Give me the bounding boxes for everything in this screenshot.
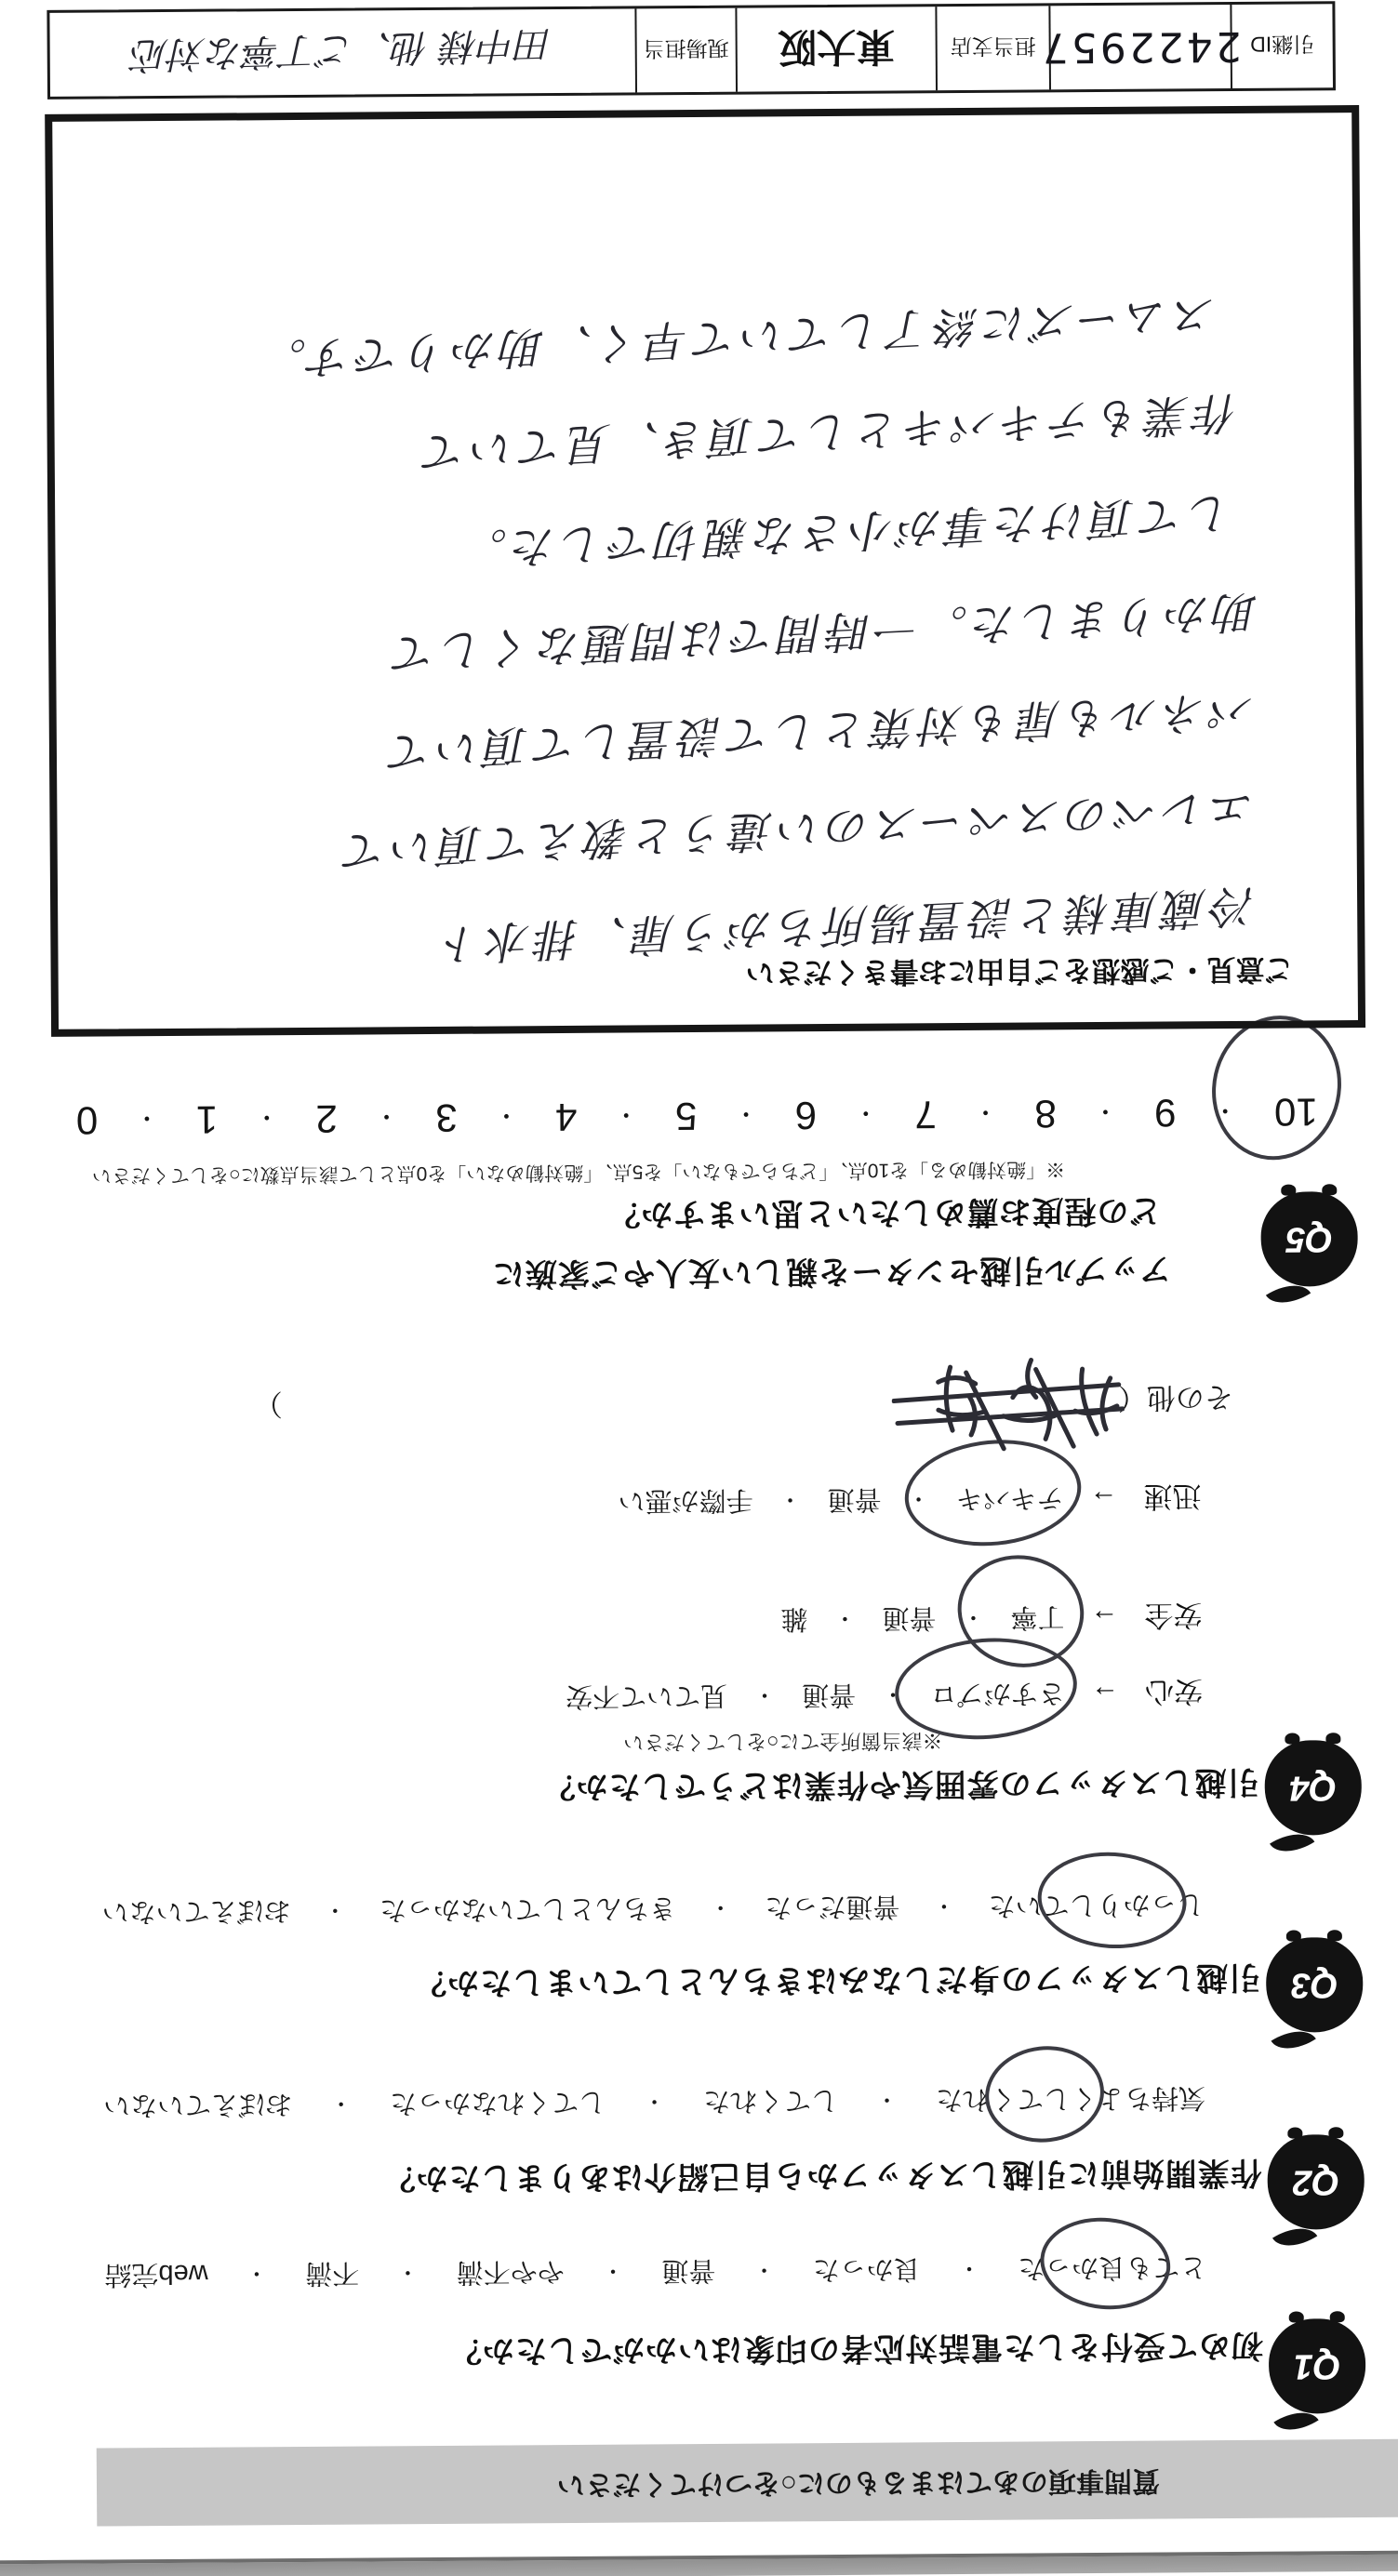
option: web完結: [104, 2257, 207, 2296]
branch-label: 担当支店: [935, 6, 1049, 90]
scale-value: 7: [914, 1092, 937, 1136]
q2-title: 作業開始前に引越しスタッフから自己紹介はありましたか？: [383, 2153, 1262, 2205]
instruction-bar: 質問事項のあてはまるものに○をつけてください: [97, 2439, 1398, 2527]
q1-mascot-icon: Q1: [1269, 2315, 1366, 2433]
q4-mascot-icon: Q4: [1264, 1736, 1362, 1854]
option: 普通: [882, 1600, 936, 1639]
handover-id-value: 2422957: [1048, 5, 1231, 89]
arrow-icon: →: [1091, 1679, 1119, 1710]
option: 普通: [827, 1482, 881, 1520]
q5-title: アップル引越センターを親しい友人やご家族に どの程度お薦めしたいと思いますか？: [607, 1190, 1171, 1298]
q4-row-anshin: 安心 → さすがプロ ・ 普通 ・ 見ていて不安: [566, 1673, 1203, 1720]
option: おぼえていない: [102, 1893, 291, 1932]
q5-title-line1: アップル引越センターを親しい友人やご家族に: [608, 1249, 1171, 1298]
option: おぼえていない: [103, 2087, 292, 2126]
site-staff-handwritten-value: 田中様 他、ご丁寧な対応: [49, 3, 636, 103]
scale-value: 1: [196, 1097, 219, 1142]
q4-row-other: その他（: [1118, 1379, 1233, 1422]
q2-badge: Q2: [1268, 2161, 1365, 2202]
option: してくれなかった: [390, 2085, 606, 2125]
arrow-icon: →: [1090, 1602, 1118, 1634]
other-label: その他（: [1118, 1379, 1233, 1422]
handover-table: 引継ID 2422957 担当支店 東大阪 現場担当 田中様 他、ご丁寧な対応: [47, 1, 1336, 100]
scale-value: 0: [76, 1098, 99, 1143]
option: やや不満: [457, 2254, 565, 2293]
q5-badge: Q5: [1260, 1218, 1357, 1259]
option: 普通だった: [765, 1890, 899, 1929]
q2-mascot-icon: Q2: [1267, 2131, 1365, 2249]
option: 手際が悪い: [618, 1483, 752, 1522]
option: 普通: [802, 1678, 856, 1716]
option: してくれた: [703, 2083, 838, 2122]
category-label: 安全: [1144, 1597, 1202, 1639]
scribbled-out-entry: [891, 1346, 1125, 1459]
scale-value: 5: [675, 1094, 698, 1138]
handover-id-label: 引継ID: [1230, 4, 1333, 88]
scale-value: 4: [555, 1095, 578, 1139]
option: 不満: [305, 2256, 359, 2294]
option: 雑: [780, 1601, 807, 1640]
scale-value: 3: [435, 1095, 458, 1140]
q1-badge: Q1: [1269, 2345, 1365, 2386]
branch-value: 東大阪: [735, 7, 936, 91]
q5-mascot-icon: Q5: [1260, 1188, 1358, 1306]
category-label: 迅速: [1143, 1478, 1201, 1520]
instruction-text: 質問事項のあてはまるものに○をつけてください: [557, 2441, 1161, 2524]
q2-answer-circle: [980, 2040, 1110, 2149]
site-staff-label: 現場担当: [634, 8, 736, 93]
nps-scale: 10 ・ 9 ・ 8 ・ 7 ・ 6 ・ 5 ・ 4 ・ 3 ・ 2 ・ 1 ・…: [76, 1089, 1318, 1142]
option: 普通: [661, 2253, 715, 2291]
option: 見ていて不安: [566, 1679, 727, 1718]
q4-badge: Q4: [1265, 1767, 1362, 1808]
q1-title: 初めて受付をした電話対応者の印象はいかがでしたか？: [449, 2326, 1263, 2377]
q5-note: ※「絶対勧める」を10点、「どちらでもない」を5点、「絶対勧めない」を0点として…: [92, 1156, 1065, 1190]
scale-value: 2: [315, 1096, 338, 1141]
q5-title-line2: どの程度お薦めしたいと思いますか？: [607, 1190, 1170, 1240]
scale-value: 9: [1154, 1090, 1177, 1135]
q4-note: ※該当箇所全てに○をしてください: [623, 1727, 943, 1758]
category-label: 安心: [1145, 1673, 1203, 1715]
scale-value: 6: [795, 1093, 818, 1137]
q3-badge: Q3: [1266, 1964, 1363, 2005]
q3-title: 引越しスタッフの身だしなみはきちんとしていましたか？: [414, 1958, 1260, 2009]
option: きちんとしていなかった: [379, 1891, 676, 1931]
q1-answer-circle: [1036, 2211, 1175, 2315]
arrow-icon: →: [1089, 1483, 1117, 1515]
option: 良かった: [813, 2251, 921, 2291]
scale-value: 8: [1034, 1091, 1057, 1135]
q4-title: 引越しスタッフの雰囲気や作業はどうでしたか？: [543, 1762, 1259, 1812]
other-close-paren: ）: [254, 1386, 283, 1427]
q3-mascot-icon: Q3: [1266, 1933, 1364, 2052]
q3-answer-circle: [1035, 1848, 1190, 1953]
scanned-survey-sheet: 質問事項のあてはまるものに○をつけてください Q1 初めて受付をした電話対応者の…: [0, 0, 1398, 2576]
